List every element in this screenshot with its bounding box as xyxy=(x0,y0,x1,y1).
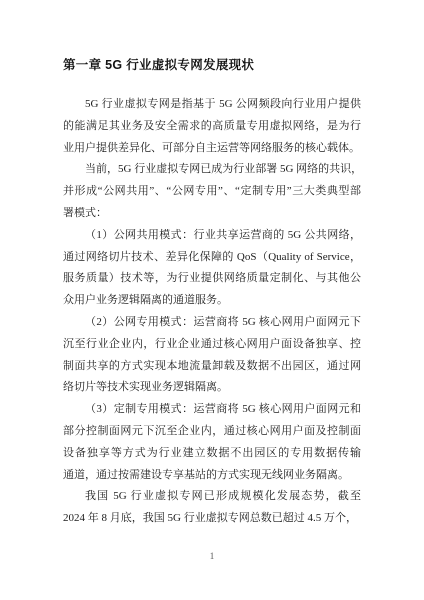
body-line: 2024 年 8 月底，我国 5G 行业虚拟专网总数已超过 4.5 万个， xyxy=(63,508,361,530)
body-line: 设备独享等方式为行业建立数据不出园区的专用数据传输 xyxy=(63,443,361,465)
paragraph: （3）定制专用模式：运营商将 5G 核心网用户面网元和部分控制面网元下沉至企业内… xyxy=(63,399,361,486)
body-line: 众用户业务逻辑隔离的通道服务。 xyxy=(63,290,361,312)
page-content: 第一章 5G 行业虚拟专网发展现状 5G 行业虚拟专网是指基于 5G 公网频段向… xyxy=(63,57,361,530)
body-line: 通过网络切片技术、差异化保障的 QoS（Quality of Service， xyxy=(63,247,361,269)
body-line: 5G 行业虚拟专网是指基于 5G 公网频段向行业用户提供 xyxy=(63,94,361,116)
paragraph: （2）公网专用模式：运营商将 5G 核心网用户面网元下沉至行业企业内，行业企业通… xyxy=(63,312,361,399)
body-line: （1）公网共用模式：行业共享运营商的 5G 公共网络， xyxy=(63,225,361,247)
body-line: 我国 5G 行业虚拟专网已形成规模化发展态势，截至 xyxy=(63,486,361,508)
body-line: （2）公网专用模式：运营商将 5G 核心网用户面网元下 xyxy=(63,312,361,334)
body-line: 部分控制面网元下沉至企业内，通过核心网用户面及控制面 xyxy=(63,421,361,443)
body-line: 制面共享的方式实现本地流量卸载及数据不出园区，通过网 xyxy=(63,356,361,378)
body-line: 服务质量）技术等，为行业提供网络质量定制化、与其他公 xyxy=(63,268,361,290)
body-line: （3）定制专用模式：运营商将 5G 核心网用户面网元和 xyxy=(63,399,361,421)
paragraph: 我国 5G 行业虚拟专网已形成规模化发展态势，截至2024 年 8 月底，我国 … xyxy=(63,486,361,530)
paragraph: 5G 行业虚拟专网是指基于 5G 公网频段向行业用户提供的能满足其业务及安全需求… xyxy=(63,94,361,159)
body-line: 并形成“公网共用”、“公网专用”、“定制专用”三大类典型部 xyxy=(63,181,361,203)
paragraph: 当前，5G 行业虚拟专网已成为行业部署 5G 网络的共识，并形成“公网共用”、“… xyxy=(63,159,361,224)
body-line: 当前，5G 行业虚拟专网已成为行业部署 5G 网络的共识， xyxy=(63,159,361,181)
document-body: 5G 行业虚拟专网是指基于 5G 公网频段向行业用户提供的能满足其业务及安全需求… xyxy=(63,94,361,530)
body-line: 署模式： xyxy=(63,203,361,225)
paragraph: （1）公网共用模式：行业共享运营商的 5G 公共网络，通过网络切片技术、差异化保… xyxy=(63,225,361,312)
document-page: 第一章 5G 行业虚拟专网发展现状 5G 行业虚拟专网是指基于 5G 公网频段向… xyxy=(0,0,424,600)
page-number: 1 xyxy=(0,551,424,561)
body-line: 沉至行业企业内，行业企业通过核心网用户面设备独享、控 xyxy=(63,334,361,356)
body-line: 的能满足其业务及安全需求的高质量专用虚拟网络，是为行 xyxy=(63,116,361,138)
body-line: 业用户提供差异化、可部分自主运营等网络服务的核心载体。 xyxy=(63,138,361,160)
chapter-title: 第一章 5G 行业虚拟专网发展现状 xyxy=(63,57,361,74)
body-line: 络切片等技术实现业务逻辑隔离。 xyxy=(63,377,361,399)
body-line: 通道，通过按需建设专享基站的方式实现无线网业务隔离。 xyxy=(63,465,361,487)
